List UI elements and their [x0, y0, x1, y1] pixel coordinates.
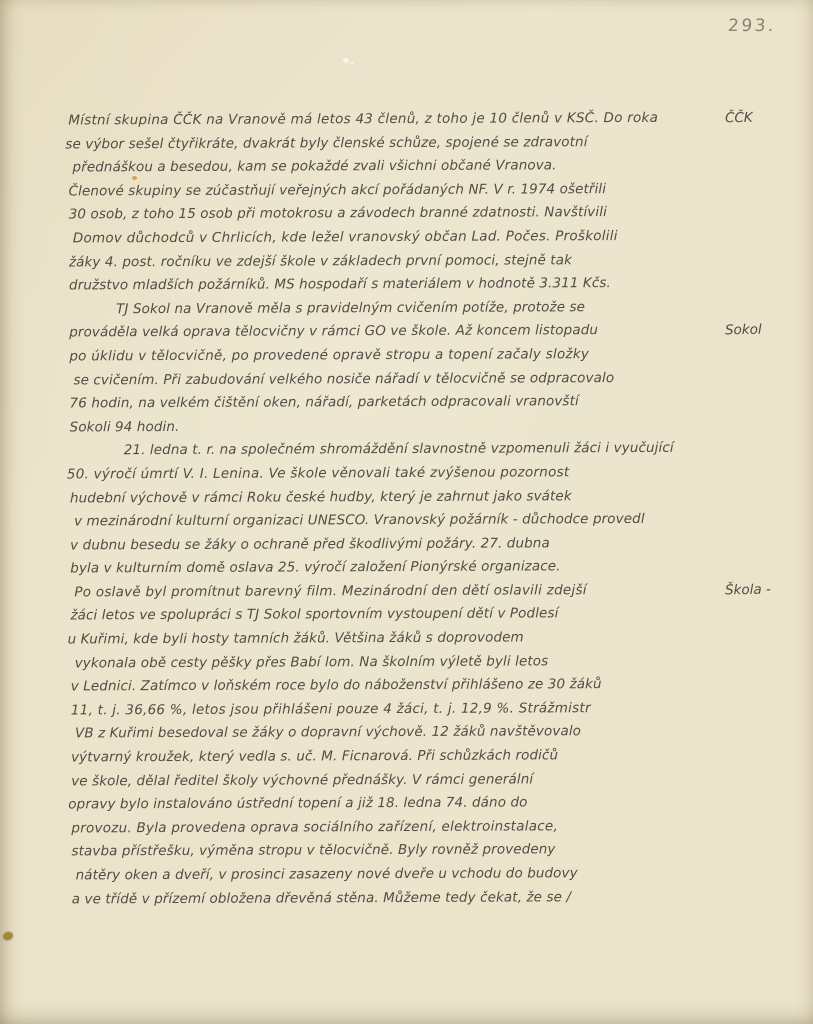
- handwritten-line: TJ Sokol na Vranově měla s pravidelným c…: [66, 295, 729, 321]
- handwritten-line: v mezinárodní kulturní organizaci UNESCO…: [74, 508, 730, 534]
- handwritten-line: družstvo mladších požárníků. MS hospodař…: [69, 272, 729, 298]
- handwritten-line: po úklidu v tělocvičně, po provedené opr…: [69, 342, 729, 368]
- handwritten-line: se výbor sešel čtyřikráte, dvakrát byly …: [65, 130, 728, 156]
- handwritten-line: a ve třídě v přízemí obložena dřevěná st…: [72, 885, 732, 911]
- handwritten-line: u Kuřimi, kde byli hosty tamních žáků. V…: [68, 626, 731, 652]
- page-number: 293.: [727, 16, 776, 36]
- chronicle-page: 293. Místní skupina ČČK na Vranově má le…: [0, 0, 813, 1024]
- handwritten-line: 11, t. j. 36,66 %, letos jsou přihlášeni…: [71, 696, 731, 722]
- handwritten-line: v Lednici. Zatímco v loňském roce bylo d…: [71, 673, 731, 699]
- handwritten-line: Členové skupiny se zúčastňují veřejných …: [69, 177, 729, 203]
- handwritten-line: ve škole, dělal ředitel školy výchovné p…: [71, 767, 731, 793]
- handwritten-line: provozu. Byla provedena oprava sociálníh…: [71, 814, 731, 840]
- handwriting-text-block: Místní skupina ČČK na Vranově má letos 4…: [68, 107, 731, 912]
- handwritten-line: 30 osob, z toho 15 osob při motokrosu a …: [69, 201, 729, 227]
- handwritten-line: prováděla velká oprava tělocvičny v rámc…: [69, 319, 729, 345]
- handwritten-line: Po oslavě byl promítnut barevný film. Me…: [74, 578, 730, 604]
- handwritten-line: Místní skupina ČČK na Vranově má letos 4…: [68, 107, 728, 133]
- handwritten-line: žáci letos ve spolupráci s TJ Sokol spor…: [70, 602, 730, 628]
- margin-note: Sokol: [725, 322, 762, 339]
- handwritten-line: VB z Kuřimi besedoval se žáky o dopravní…: [75, 720, 731, 746]
- handwritten-line: výtvarný kroužek, který vedla s. uč. M. …: [71, 744, 731, 770]
- handwritten-line: vykonala obě cesty pěšky přes Babí lom. …: [75, 649, 731, 675]
- handwritten-line: přednáškou a besedou, kam se pokaždé zva…: [72, 154, 728, 180]
- handwritten-line: byla v kulturním domě oslava 25. výročí …: [70, 555, 730, 581]
- handwritten-line: Sokoli 94 hodin.: [70, 413, 730, 439]
- handwritten-line: v dubnu besedu se žáky o ochraně před šk…: [70, 531, 730, 557]
- handwritten-line: Domov důchodců v Chrlicích, kde ležel vr…: [73, 225, 729, 251]
- handwritten-line: stavba přístřešku, výměna stropu v těloc…: [71, 838, 731, 864]
- margin-note: Škola -: [725, 582, 771, 599]
- handwritten-line: 21. ledna t. r. na společném shromáždění…: [74, 437, 730, 463]
- handwritten-line: nátěry oken a dveří, v prosinci zasazeny…: [76, 862, 732, 888]
- handwritten-line: opravy bylo instalováno ústřední topení …: [68, 791, 731, 817]
- handwritten-line: 50. výročí úmrtí V. I. Lenina. Ve škole …: [67, 460, 730, 486]
- paper-stain: [2, 931, 14, 942]
- handwritten-line: hudební výchově v rámci Roku české hudby…: [70, 484, 730, 510]
- handwritten-line: se cvičením. Při zabudování velkého nosi…: [73, 366, 729, 392]
- paper-speck: [343, 58, 349, 63]
- handwritten-line: 76 hodin, na velkém čištění oken, nářadí…: [69, 390, 729, 416]
- margin-note: ČČK: [725, 110, 753, 126]
- handwritten-line: žáky 4. post. ročníku ve zdejší škole v …: [69, 248, 729, 274]
